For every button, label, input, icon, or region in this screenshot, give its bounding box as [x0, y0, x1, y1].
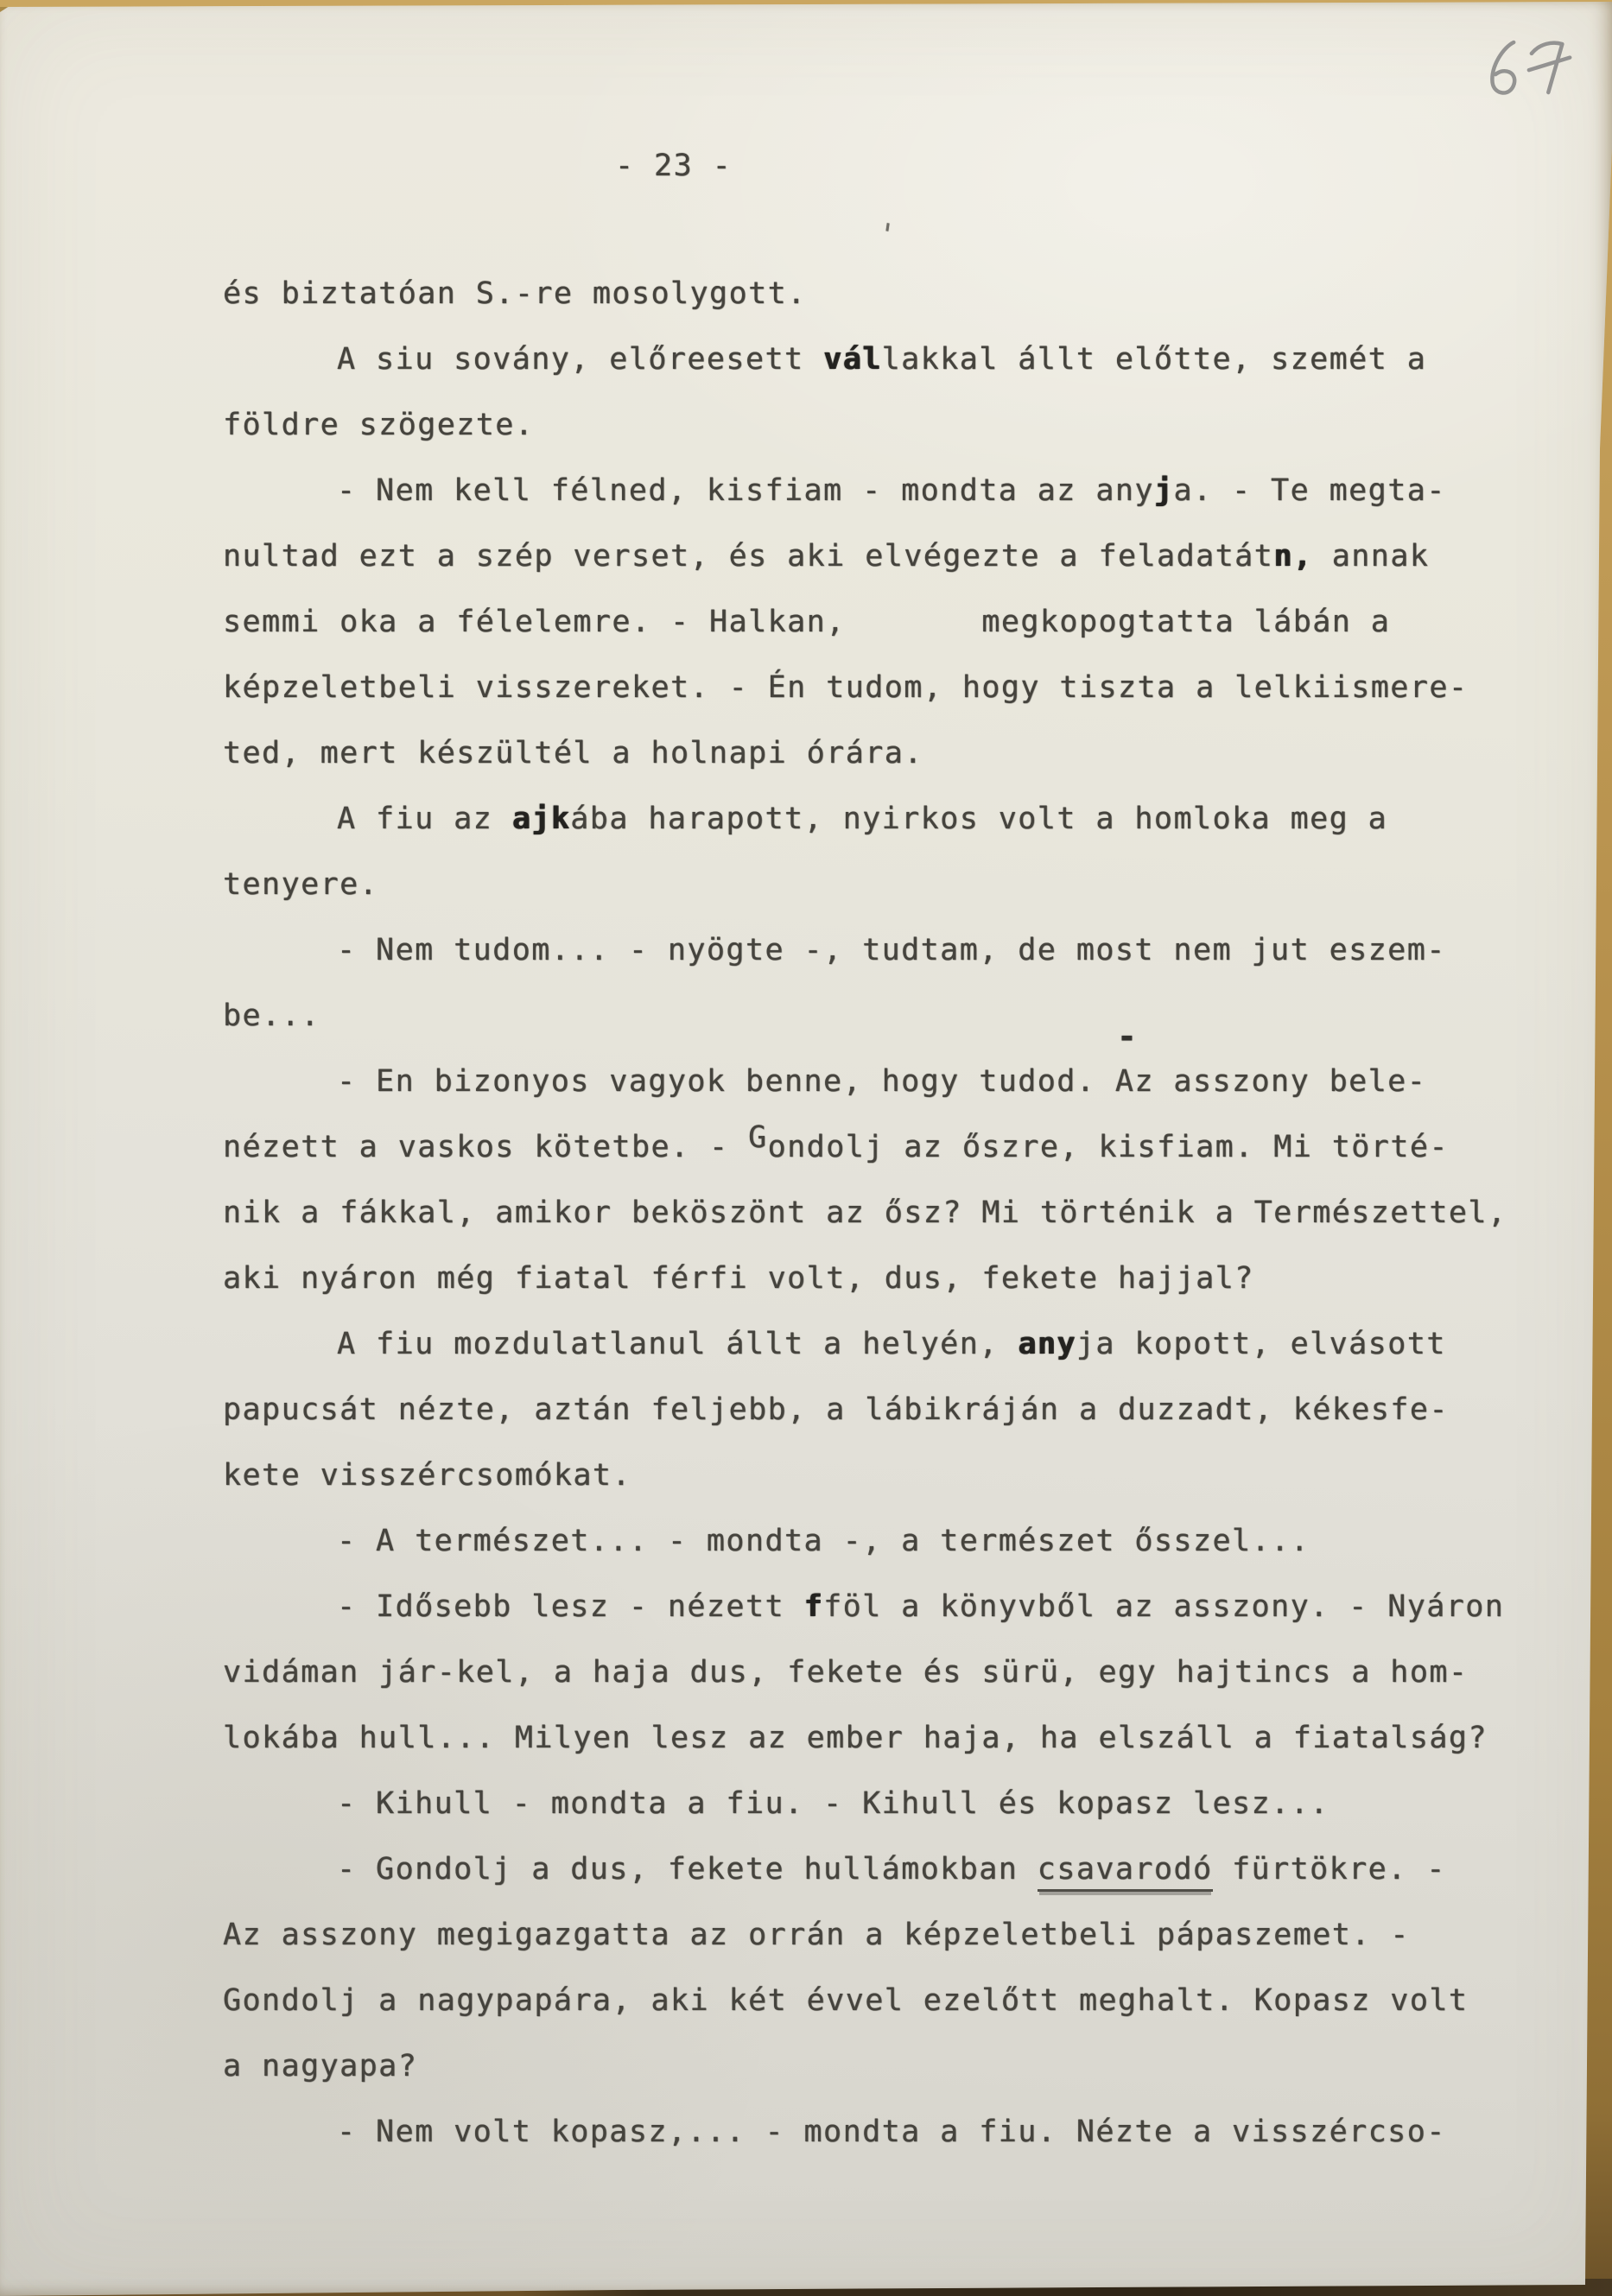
- text-segment: képzeletbeli visszereket. - Én tudom, ho…: [223, 670, 1468, 705]
- text-segment: földre szögezte.: [223, 408, 534, 442]
- text-line: A siu sovány, előreesett vállakkal állt …: [0, 327, 1612, 392]
- text-line: - Kihull - mondta a fiu. - Kihull és kop…: [0, 1771, 1612, 1836]
- paper-sheet: - 23 - ' - és biztatóan S.-re mosolygott…: [0, 0, 1612, 2296]
- text-segment: ába harapott, nyirkos volt a homloka meg…: [570, 802, 1387, 836]
- text-line: A fiu az ajkába harapott, nyirkos volt a…: [0, 786, 1612, 852]
- text-segment: nézett a vaskos kötetbe. -: [223, 1130, 748, 1164]
- text-line: lokába hull... Milyen lesz az ember haja…: [0, 1705, 1612, 1771]
- text-segment: any: [1018, 1327, 1076, 1361]
- text-segment: - Nem tudom... - nyögte -, tudtam, de mo…: [337, 933, 1446, 967]
- text-segment: vál: [823, 342, 882, 377]
- text-line: képzeletbeli visszereket. - Én tudom, ho…: [0, 655, 1612, 720]
- text-segment: és biztatóan S.-re mosolygott.: [223, 276, 807, 311]
- text-line: - En bizonyos vagyok benne, hogy tudod. …: [0, 1049, 1612, 1114]
- text-segment: annak: [1312, 539, 1429, 574]
- text-line: földre szögezte.: [0, 392, 1612, 458]
- text-line: - Idősebb lesz - nézett fföl a könyvből …: [0, 1574, 1612, 1640]
- text-line: - Nem volt kopasz,... - mondta a fiu. Né…: [0, 2099, 1612, 2165]
- text-segment: - Idősebb lesz - nézett: [337, 1589, 804, 1624]
- text-segment: - Nem volt kopasz,... - mondta a fiu. Né…: [337, 2115, 1446, 2149]
- text-segment: semmi oka a félelemre. - Halkan, megkopo…: [223, 605, 1390, 639]
- text-segment: nik a fákkal, amikor beköszönt az ősz? M…: [223, 1196, 1507, 1230]
- text-segment: fürtökre. -: [1213, 1852, 1446, 1887]
- text-segment: - Nem kell félned, kisfiam - mondta az a…: [337, 473, 1154, 508]
- text-segment: lokába hull... Milyen lesz az ember haja…: [223, 1721, 1488, 1755]
- text-segment: - A természet... - mondta -, a természet…: [337, 1524, 1310, 1558]
- page-number: - 23 -: [615, 149, 732, 183]
- text-segment: csavarodó: [1038, 1852, 1213, 1892]
- text-segment: A siu sovány, előreesett: [337, 342, 823, 377]
- text-block: és biztatóan S.-re mosolygott.A siu sová…: [0, 261, 1612, 2165]
- text-line: nézett a vaskos kötetbe. - Gondolj az ős…: [0, 1114, 1612, 1180]
- text-segment: ja kopott, elvásott: [1076, 1327, 1446, 1361]
- text-segment: ted, mert készültél a holnapi órára.: [223, 736, 923, 771]
- text-segment: G: [748, 1120, 768, 1155]
- text-line: kete visszércsomókat.: [0, 1443, 1612, 1508]
- text-segment: Gondolj a nagypapára, aki két évvel ezel…: [223, 1983, 1468, 2018]
- photographed-typewritten-page: { "page": { "number_label": "- 23 -", "h…: [0, 0, 1612, 2296]
- text-segment: ondolj az őszre, kisfiam. Mi törté-: [768, 1130, 1449, 1164]
- text-segment: be...: [223, 999, 320, 1033]
- text-segment: f: [804, 1589, 824, 1624]
- stray-pen-mark: ': [875, 217, 898, 253]
- text-segment: A fiu az: [337, 802, 512, 836]
- text-line: - Gondolj a dus, fekete hullámokban csav…: [0, 1836, 1612, 1902]
- text-segment: kete visszércsomókat.: [223, 1458, 631, 1493]
- text-line: Gondolj a nagypapára, aki két évvel ezel…: [0, 1968, 1612, 2033]
- text-line: be...: [0, 983, 1612, 1049]
- text-segment: ajk: [512, 802, 571, 836]
- text-line: ted, mert készültél a holnapi órára.: [0, 720, 1612, 786]
- text-segment: aki nyáron még fiatal férfi volt, dus, f…: [223, 1261, 1254, 1296]
- text-line: nik a fákkal, amikor beköszönt az ősz? M…: [0, 1180, 1612, 1246]
- text-line: - Nem kell félned, kisfiam - mondta az a…: [0, 458, 1612, 523]
- text-segment: lakkal állt előtte, szemét a: [882, 342, 1427, 377]
- text-line: nultad ezt a szép verset, és aki elvégez…: [0, 523, 1612, 589]
- text-line: aki nyáron még fiatal férfi volt, dus, f…: [0, 1246, 1612, 1311]
- text-line: - A természet... - mondta -, a természet…: [0, 1508, 1612, 1574]
- text-segment: - En bizonyos vagyok benne, hogy tudod. …: [337, 1064, 1426, 1099]
- text-line: a nagyapa?: [0, 2033, 1612, 2099]
- text-line: Az asszony megigazgatta az orrán a képze…: [0, 1902, 1612, 1968]
- text-segment: - Kihull - mondta a fiu. - Kihull és kop…: [337, 1786, 1330, 1821]
- text-segment: - Gondolj a dus, fekete hullámokban: [337, 1852, 1038, 1887]
- text-segment: n,: [1273, 539, 1312, 574]
- text-segment: tenyere.: [223, 867, 378, 902]
- handwritten-page-number-67: [1477, 30, 1585, 113]
- text-segment: Az asszony megigazgatta az orrán a képze…: [223, 1918, 1410, 1952]
- text-line: és biztatóan S.-re mosolygott.: [0, 261, 1612, 327]
- text-segment: a nagyapa?: [223, 2049, 417, 2084]
- text-segment: j: [1154, 473, 1174, 508]
- text-segment: föl a könyvből az asszony. - Nyáron: [823, 1589, 1504, 1624]
- text-line: tenyere.: [0, 852, 1612, 917]
- text-line: papucsát nézte, aztán feljebb, a lábikrá…: [0, 1377, 1612, 1443]
- text-segment: papucsát nézte, aztán feljebb, a lábikrá…: [223, 1392, 1449, 1427]
- text-segment: nultad ezt a szép verset, és aki elvégez…: [223, 539, 1273, 574]
- text-line: vidáman jár-kel, a haja dus, fekete és s…: [0, 1640, 1612, 1705]
- text-line: A fiu mozdulatlanul állt a helyén, anyja…: [0, 1311, 1612, 1377]
- text-segment: A fiu mozdulatlanul állt a helyén,: [337, 1327, 1018, 1361]
- text-line: semmi oka a félelemre. - Halkan, megkopo…: [0, 589, 1612, 655]
- text-segment: a. - Te megta-: [1173, 473, 1445, 508]
- text-segment: vidáman jár-kel, a haja dus, fekete és s…: [223, 1655, 1468, 1690]
- backdrop-corner-sliver: [0, 0, 19, 12]
- text-line: - Nem tudom... - nyögte -, tudtam, de mo…: [0, 917, 1612, 983]
